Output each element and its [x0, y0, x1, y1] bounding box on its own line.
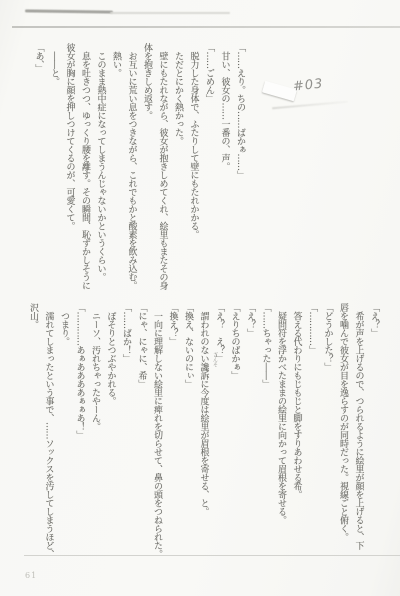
- furigana-zanso: ざんそ: [212, 352, 219, 367]
- page-number: 61: [25, 571, 37, 580]
- scan-smudge-dark: [25, 9, 113, 13]
- scan-smudge-light: [110, 12, 230, 14]
- tape-shadow: [272, 101, 348, 110]
- section-mark-handwritten: #03: [292, 76, 324, 94]
- novel-page: #03 「……えり。ちの……ばかぁ……」 甘い、彼女の……一番の、声。 「……ご…: [0, 0, 400, 596]
- top-text-block: 「……えり。ちの……ばかぁ……」 甘い、彼女の……一番の、声。 「……ごめん」 …: [30, 43, 247, 306]
- header-rule: [12, 26, 400, 28]
- footer-rule: [24, 555, 400, 556]
- bottom-text-block: 「え？」 希が声を上げるので、つられるように絵里が顔を上げると、下 唇を噛んで彼…: [25, 303, 382, 561]
